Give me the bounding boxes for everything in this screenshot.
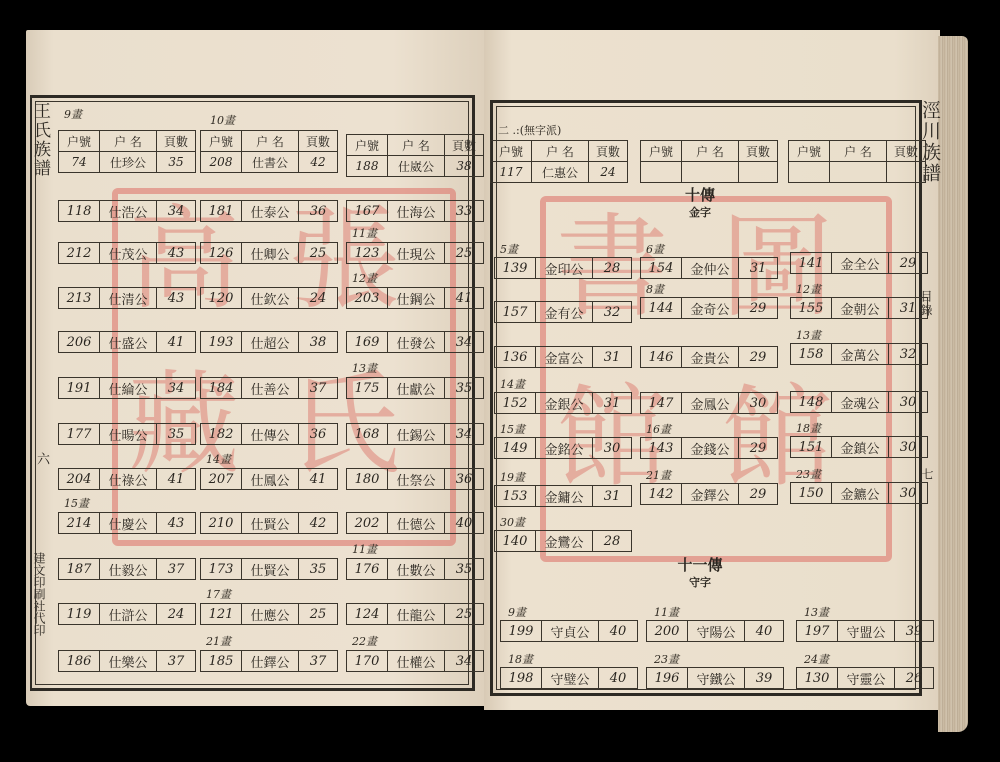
household-number: 146 [641, 347, 682, 367]
page-number: 43 [157, 288, 195, 308]
table-header: 户號户 名頁數 [640, 140, 778, 183]
household-number: 120 [201, 288, 242, 308]
household-number: 186 [59, 651, 100, 671]
household-number: 158 [791, 344, 832, 364]
household-name: 仕綸公 [100, 378, 157, 398]
household-name: 金鐸公 [682, 484, 739, 504]
table-row: 119仕滸公24 [58, 603, 196, 625]
cell-name [830, 162, 887, 182]
household-name: 仕滸公 [100, 604, 157, 624]
table-header: 户號户 名頁數188仕崴公38 [346, 134, 484, 177]
household-number: 167 [347, 201, 388, 221]
header-no: 户號 [59, 131, 100, 151]
cell-name: 仁惠公 [532, 162, 589, 182]
stroke-label: 9畫 [64, 106, 82, 122]
household-number: 196 [647, 668, 688, 688]
cell-no: 208 [201, 152, 242, 172]
table-row: 191仕綸公34 [58, 377, 196, 399]
page-number: 43 [157, 243, 195, 263]
header-no: 户號 [789, 141, 830, 161]
table-row: 202仕德公40 [346, 512, 484, 534]
household-name: 金鳳公 [682, 393, 739, 413]
stroke-label: 11畫 [352, 541, 377, 557]
household-number: 153 [495, 486, 536, 506]
table-row: 147金鳳公30 [640, 392, 778, 414]
household-name: 仕清公 [100, 288, 157, 308]
stroke-label: 14畫 [206, 451, 231, 467]
page-number: 38 [299, 332, 337, 352]
generation-subtitle: 金字 [670, 204, 730, 222]
stroke-label: 13畫 [796, 327, 821, 343]
header-name: 户 名 [100, 131, 157, 151]
stroke-label: 24畫 [804, 651, 829, 667]
household-name: 仕龍公 [388, 604, 445, 624]
left-spine-title: 王氏族譜 [28, 102, 53, 178]
cell-page: 35 [157, 152, 195, 172]
household-name: 守陽公 [688, 621, 745, 641]
household-name: 仕海公 [388, 201, 445, 221]
household-name: 金富公 [536, 347, 593, 367]
page-number: 41 [445, 288, 483, 308]
household-name: 金萬公 [832, 344, 889, 364]
page-number: 37 [299, 378, 337, 398]
household-number: 185 [201, 651, 242, 671]
page-number: 29 [739, 438, 777, 458]
household-number: 187 [59, 559, 100, 579]
stroke-label: 23畫 [654, 651, 679, 667]
household-number: 169 [347, 332, 388, 352]
header-page: 頁數 [299, 131, 337, 151]
table-row: 208仕書公42 [201, 152, 337, 172]
page-number: 37 [157, 559, 195, 579]
header-no: 户號 [641, 141, 682, 161]
header-name: 户 名 [388, 135, 445, 155]
stroke-label: 9畫 [508, 604, 526, 620]
header-name: 户 名 [830, 141, 887, 161]
household-number: 199 [501, 621, 542, 641]
cell-name: 仕崴公 [388, 156, 445, 176]
cell-page [887, 162, 925, 182]
household-number: 176 [347, 559, 388, 579]
household-number: 119 [59, 604, 100, 624]
household-name: 金鎮公 [832, 437, 889, 457]
household-name: 仕祿公 [100, 469, 157, 489]
household-name: 金印公 [536, 258, 593, 278]
header-row: 户號户 名頁數 [201, 131, 337, 152]
cell-page: 24 [589, 162, 627, 182]
header-page: 頁數 [589, 141, 627, 161]
household-number: 207 [201, 469, 242, 489]
table-row: 176仕數公35 [346, 558, 484, 580]
page-number: 42 [299, 513, 337, 533]
page-number: 39 [745, 668, 783, 688]
household-name: 仕數公 [388, 559, 445, 579]
household-number: 144 [641, 298, 682, 318]
household-name: 仕鳳公 [242, 469, 299, 489]
table-row: 168仕錫公34 [346, 423, 484, 445]
household-name: 仕浩公 [100, 201, 157, 221]
generation-title: 十傳 [670, 186, 730, 204]
header-name: 户 名 [682, 141, 739, 161]
household-number: 124 [347, 604, 388, 624]
page-number: 37 [299, 651, 337, 671]
table-row: 185仕鐸公37 [200, 650, 338, 672]
table-row: 177仕暘公35 [58, 423, 196, 445]
household-name: 金奇公 [682, 298, 739, 318]
table-row: 144金奇公29 [640, 297, 778, 319]
table-row: 193仕超公38 [200, 331, 338, 353]
household-number: 168 [347, 424, 388, 444]
generation-title: 十一傳 [670, 556, 730, 574]
page-number: 35 [445, 559, 483, 579]
stroke-label: 15畫 [64, 495, 89, 511]
household-name: 仕祭公 [388, 469, 445, 489]
household-name: 仕善公 [242, 378, 299, 398]
section-note: 二 .:(無字派) [498, 122, 561, 138]
household-number: 173 [201, 559, 242, 579]
household-number: 121 [201, 604, 242, 624]
table-header: 户號户 名頁數208仕書公42 [200, 130, 338, 173]
table-row: 141金全公29 [790, 252, 928, 274]
household-number: 203 [347, 288, 388, 308]
stroke-label: 17畫 [206, 586, 231, 602]
household-name: 仕毅公 [100, 559, 157, 579]
household-name: 金貴公 [682, 347, 739, 367]
generation-10-title: 十傳 金字 [670, 186, 730, 222]
household-number: 130 [797, 668, 838, 688]
household-name: 仕慶公 [100, 513, 157, 533]
stroke-label: 13畫 [804, 604, 829, 620]
page-number: 34 [445, 651, 483, 671]
household-name: 仕鋼公 [388, 288, 445, 308]
household-number: 148 [791, 392, 832, 412]
page-number: 24 [299, 288, 337, 308]
stroke-label: 6畫 [646, 241, 664, 257]
page-number: 32 [889, 344, 927, 364]
page-number: 43 [157, 513, 195, 533]
table-row: 153金鏞公31 [494, 485, 632, 507]
household-name: 仕泰公 [242, 201, 299, 221]
stroke-label: 11畫 [654, 604, 679, 620]
household-number: 141 [791, 253, 832, 273]
page-number: 32 [593, 302, 631, 322]
table-row: 152金銀公31 [494, 392, 632, 414]
header-row: 户號户 名頁數 [491, 141, 627, 162]
cell-name: 仕書公 [242, 152, 299, 172]
household-number: 193 [201, 332, 242, 352]
household-name: 金有公 [536, 302, 593, 322]
page-number: 34 [445, 424, 483, 444]
page-number: 25 [299, 604, 337, 624]
cell-no: 74 [59, 152, 100, 172]
stroke-label: 5畫 [500, 241, 518, 257]
table-row: 207仕鳳公41 [200, 468, 338, 490]
table-row: 126仕卿公25 [200, 242, 338, 264]
printer-note: 建文印刷社代印 [31, 552, 48, 636]
household-number: 180 [347, 469, 388, 489]
household-number: 202 [347, 513, 388, 533]
stroke-label: 15畫 [500, 421, 525, 437]
stroke-label: 22畫 [352, 633, 377, 649]
page-number: 31 [593, 393, 631, 413]
table-row: 130守靈公26 [796, 667, 934, 689]
page-number: 41 [299, 469, 337, 489]
household-name: 金錢公 [682, 438, 739, 458]
page-number: 26 [895, 668, 933, 688]
table-row: 206仕盛公41 [58, 331, 196, 353]
household-number: 154 [641, 258, 682, 278]
table-header: 户號户 名頁數 [788, 140, 926, 183]
household-number: 175 [347, 378, 388, 398]
right-page-number: 七 [919, 468, 936, 482]
household-number: 210 [201, 513, 242, 533]
cell-no [789, 162, 830, 182]
page-number: 35 [299, 559, 337, 579]
stroke-label: 16畫 [646, 421, 671, 437]
stroke-label: 12畫 [796, 281, 821, 297]
household-name: 守鐵公 [688, 668, 745, 688]
page-number: 39 [895, 621, 933, 641]
page-number: 29 [889, 253, 927, 273]
table-row: 181仕泰公36 [200, 200, 338, 222]
table-row: 120仕欽公24 [200, 287, 338, 309]
header-page: 頁數 [887, 141, 925, 161]
table-row: 151金鎮公30 [790, 436, 928, 458]
household-name: 金銘公 [536, 438, 593, 458]
household-number: 149 [495, 438, 536, 458]
household-name: 守靈公 [838, 668, 895, 688]
page-number: 34 [445, 332, 483, 352]
page-number: 31 [889, 298, 927, 318]
stroke-label: 12畫 [352, 270, 377, 286]
table-row: 146金貴公29 [640, 346, 778, 368]
table-row: 186仕樂公37 [58, 650, 196, 672]
household-number: 136 [495, 347, 536, 367]
household-name: 金銀公 [536, 393, 593, 413]
page-number: 28 [593, 531, 631, 551]
page-number: 35 [445, 378, 483, 398]
page-number: 25 [299, 243, 337, 263]
household-number: 143 [641, 438, 682, 458]
household-name: 仕欽公 [242, 288, 299, 308]
stroke-label: 19畫 [500, 469, 525, 485]
table-row: 123仕現公25 [346, 242, 484, 264]
household-number: 170 [347, 651, 388, 671]
household-name: 仕卿公 [242, 243, 299, 263]
page-number: 24 [157, 604, 195, 624]
page-number: 30 [889, 437, 927, 457]
table-row: 167仕海公33 [346, 200, 484, 222]
household-number: 123 [347, 243, 388, 263]
household-number: 204 [59, 469, 100, 489]
table-row: 118仕浩公34 [58, 200, 196, 222]
header-no: 户號 [491, 141, 532, 161]
household-name: 仕鐸公 [242, 651, 299, 671]
household-name: 仕傳公 [242, 424, 299, 444]
household-number: 152 [495, 393, 536, 413]
cell-page: 42 [299, 152, 337, 172]
table-row: 117仁惠公24 [491, 162, 627, 182]
page-number: 30 [739, 393, 777, 413]
table-row: 203仕鋼公41 [346, 287, 484, 309]
header-name: 户 名 [532, 141, 589, 161]
household-number: 155 [791, 298, 832, 318]
page-number: 31 [739, 258, 777, 278]
table-row: 196守鐵公39 [646, 667, 784, 689]
table-row: 198守璧公40 [500, 667, 638, 689]
stroke-label: 10畫 [210, 112, 235, 128]
household-name: 金鸞公 [536, 531, 593, 551]
cell-no: 117 [491, 162, 532, 182]
household-name: 仕賢公 [242, 513, 299, 533]
table-row: 74仕珍公35 [59, 152, 195, 172]
page-number: 30 [593, 438, 631, 458]
page-number: 31 [593, 486, 631, 506]
household-number: 214 [59, 513, 100, 533]
stroke-label: 18畫 [796, 420, 821, 436]
page-number: 37 [157, 651, 195, 671]
table-row: 175仕獻公35 [346, 377, 484, 399]
household-number: 212 [59, 243, 100, 263]
header-row: 户號户 名頁數 [59, 131, 195, 152]
household-name: 仕現公 [388, 243, 445, 263]
household-name: 金鑣公 [832, 483, 889, 503]
household-number: 150 [791, 483, 832, 503]
page-number: 29 [739, 347, 777, 367]
table-row: 170仕權公34 [346, 650, 484, 672]
page-number: 36 [445, 469, 483, 489]
page-number: 29 [739, 298, 777, 318]
cell-name [682, 162, 739, 182]
stroke-label: 18畫 [508, 651, 533, 667]
table-row [641, 162, 777, 182]
household-name: 仕賢公 [242, 559, 299, 579]
table-row: 143金錢公29 [640, 437, 778, 459]
household-number: 151 [791, 437, 832, 457]
household-name: 金仲公 [682, 258, 739, 278]
header-page: 頁數 [157, 131, 195, 151]
household-name: 仕樂公 [100, 651, 157, 671]
table-row: 121仕應公25 [200, 603, 338, 625]
table-row: 184仕善公37 [200, 377, 338, 399]
cell-page: 38 [445, 156, 483, 176]
page-number: 40 [445, 513, 483, 533]
page-number: 34 [157, 201, 195, 221]
page-number: 40 [599, 668, 637, 688]
household-name: 仕超公 [242, 332, 299, 352]
page-number: 33 [445, 201, 483, 221]
table-row: 124仕龍公25 [346, 603, 484, 625]
table-row: 169仕發公34 [346, 331, 484, 353]
table-row: 214仕慶公43 [58, 512, 196, 534]
table-row: 200守陽公40 [646, 620, 784, 642]
table-row: 149金銘公30 [494, 437, 632, 459]
household-number: 126 [201, 243, 242, 263]
household-name: 仕盛公 [100, 332, 157, 352]
household-name: 金全公 [832, 253, 889, 273]
page-number: 31 [593, 347, 631, 367]
household-name: 守貞公 [542, 621, 599, 641]
table-row: 213仕清公43 [58, 287, 196, 309]
header-page: 頁數 [445, 135, 483, 155]
generation-subtitle: 守字 [670, 574, 730, 592]
table-row: 173仕賢公35 [200, 558, 338, 580]
table-row: 187仕毅公37 [58, 558, 196, 580]
header-row: 户號户 名頁數 [789, 141, 925, 162]
page-number: 41 [157, 469, 195, 489]
household-name: 仕權公 [388, 651, 445, 671]
generation-11-title: 十一傳 守字 [670, 556, 730, 592]
header-name: 户 名 [242, 131, 299, 151]
household-number: 147 [641, 393, 682, 413]
header-no: 户號 [201, 131, 242, 151]
page-number: 40 [599, 621, 637, 641]
household-number: 206 [59, 332, 100, 352]
page-number: 36 [299, 201, 337, 221]
header-no: 户號 [347, 135, 388, 155]
cell-no: 188 [347, 156, 388, 176]
page-number: 25 [445, 243, 483, 263]
cell-no [641, 162, 682, 182]
table-row: 204仕祿公41 [58, 468, 196, 490]
household-name: 仕德公 [388, 513, 445, 533]
household-number: 197 [797, 621, 838, 641]
household-number: 157 [495, 302, 536, 322]
page-number: 30 [889, 392, 927, 412]
stroke-label: 30畫 [500, 514, 525, 530]
household-name: 仕應公 [242, 604, 299, 624]
household-name: 仕茂公 [100, 243, 157, 263]
table-header: 户號户 名頁數117仁惠公24 [490, 140, 628, 183]
table-row: 148金魂公30 [790, 391, 928, 413]
table-row: 197守盟公39 [796, 620, 934, 642]
table-row: 136金富公31 [494, 346, 632, 368]
page-number: 41 [157, 332, 195, 352]
household-name: 守璧公 [542, 668, 599, 688]
household-name: 金魂公 [832, 392, 889, 412]
header-page: 頁數 [739, 141, 777, 161]
table-row: 142金鐸公29 [640, 483, 778, 505]
household-name: 仕暘公 [100, 424, 157, 444]
page-number: 34 [157, 378, 195, 398]
household-name: 金朝公 [832, 298, 889, 318]
page-number: 28 [593, 258, 631, 278]
page-number: 40 [745, 621, 783, 641]
household-name: 仕發公 [388, 332, 445, 352]
page-number: 35 [157, 424, 195, 444]
page-number: 30 [889, 483, 927, 503]
stroke-label: 11畫 [352, 225, 377, 241]
table-row: 140金鸞公28 [494, 530, 632, 552]
page-number: 25 [445, 604, 483, 624]
household-number: 213 [59, 288, 100, 308]
stroke-label: 13畫 [352, 360, 377, 376]
page-number: 36 [299, 424, 337, 444]
household-name: 金鏞公 [536, 486, 593, 506]
table-row: 157金有公32 [494, 301, 632, 323]
cell-page [739, 162, 777, 182]
household-number: 191 [59, 378, 100, 398]
household-number: 182 [201, 424, 242, 444]
household-number: 139 [495, 258, 536, 278]
table-row: 155金朝公31 [790, 297, 928, 319]
stroke-label: 21畫 [206, 633, 231, 649]
household-name: 仕獻公 [388, 378, 445, 398]
page-number: 29 [739, 484, 777, 504]
household-number: 177 [59, 424, 100, 444]
header-row: 户號户 名頁數 [347, 135, 483, 156]
table-header: 户號户 名頁數74仕珍公35 [58, 130, 196, 173]
